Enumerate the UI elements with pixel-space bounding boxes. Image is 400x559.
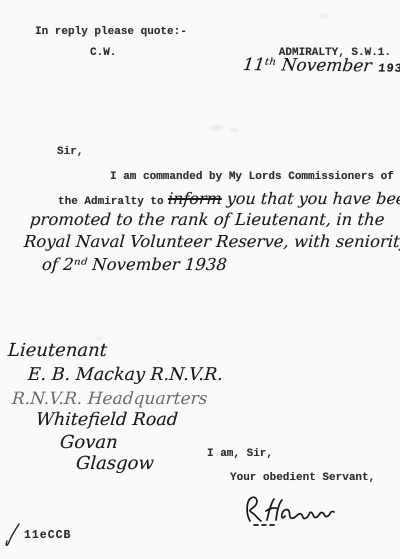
salutation: Sir, (57, 146, 83, 158)
date-year: 1938 . (377, 61, 400, 76)
scan-artifact (321, 14, 329, 18)
body-typed-line-1: I am commanded by My Lords Commissioners… (110, 171, 394, 183)
recipient-rank: Lieutenant (7, 340, 107, 361)
letter-page: In reply please quote:- C.W. ADMIRALTY, … (0, 0, 400, 559)
closing-line-2: Your obedient Servant, (230, 472, 375, 484)
scan-artifact (209, 125, 224, 130)
reference-code: C.W. (90, 47, 116, 59)
body-mixed-line: the Admiralty to inform you that you hav… (58, 189, 400, 208)
recipient-city: Glasgow (75, 453, 154, 474)
recipient-district: Govan (59, 432, 118, 453)
reply-quote-note: In reply please quote:- (35, 26, 187, 38)
docket-code: 11eCCB (24, 529, 71, 542)
checkmark-squiggle (3, 521, 23, 551)
body-hand-line-1: you that you have been (221, 189, 400, 208)
date-line: 11ᵗʰ November 1938 . (242, 55, 400, 77)
scan-artifact (230, 128, 239, 132)
signature (240, 490, 340, 532)
recipient-unit: R.N.V.R. Headquarters (11, 389, 208, 409)
date-handwritten: 11ᵗʰ November (242, 55, 373, 76)
struck-word: inform you that you have been (167, 189, 400, 208)
closing-line-1: I am, Sir, (207, 448, 273, 460)
body-hand-line-3: Royal Naval Volunteer Reserve, with seni… (23, 232, 400, 251)
body-hand-line-4: of 2ⁿᵈ November 1938 (41, 255, 227, 274)
body-hand-line-2: promoted to the rank of Lieutenant, in t… (29, 210, 385, 229)
recipient-name: E. B. Mackay R.N.V.R. (27, 365, 223, 385)
recipient-street: Whitefield Road (35, 410, 178, 430)
body-typed-line-2: the Admiralty to (58, 196, 164, 208)
